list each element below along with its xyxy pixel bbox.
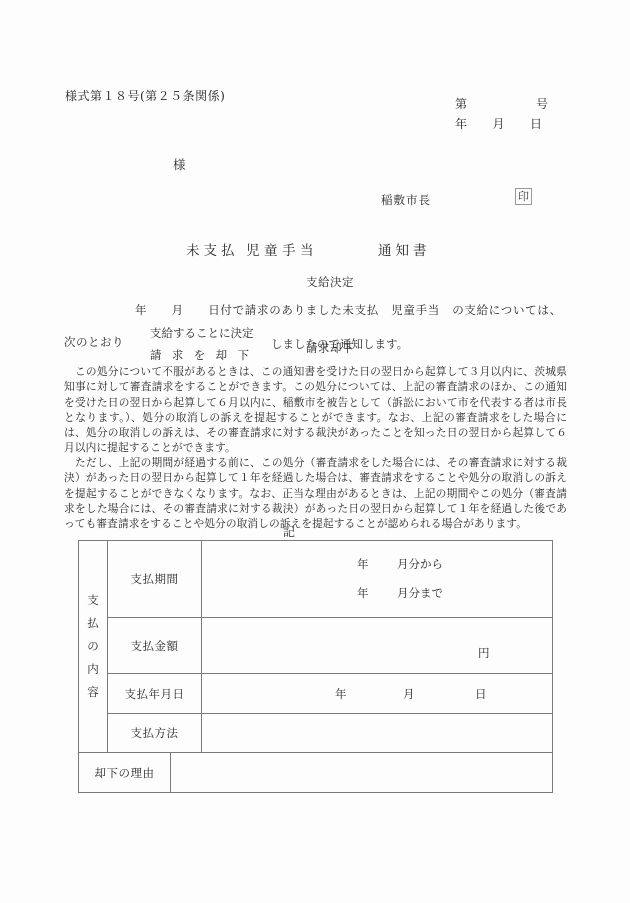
request-line: 年 月 日付で請求のありました未支払 児童手当 の支給については、 [135,302,562,318]
choice-char: 求 [172,347,184,363]
payment-date-label: 支払年月日 [108,673,202,713]
pay-day-label: 日 [475,686,487,702]
amount-unit: 円 [478,645,490,661]
rejection-reason-label: 却下の理由 [79,753,171,792]
pay-year-label: 年 [335,686,347,702]
appeal-paragraph: この処分について不服があるときは、この通知書を受けた日の翌日から起算して３月以内… [64,364,567,456]
choice-char: を [194,347,206,363]
title-part1: 未支払 [186,239,239,259]
vertical-header-char: の [87,635,99,658]
period-from-rest: 月分から [397,556,443,572]
period-to-year: 年 [357,585,369,601]
payment-amount-cell: 円 [202,617,552,673]
payment-period-label: 支払期間 [108,541,202,617]
payment-method-cell [202,713,552,752]
notice-document: 様式第１８号(第２５条関係) 第 号 年 月 日 様 稲敷市長 印 未支払 児童… [0,0,630,903]
payment-details-table: 支 払 の 内 容 支払期間 年 月分から 年 月分まで 支払金額 円 支払年月… [78,540,553,753]
payment-method-label: 支払方法 [108,713,202,752]
date-year-label: 年 [455,115,467,132]
note-heading: 記 [283,523,295,540]
payment-amount-label: 支払金額 [108,617,202,673]
deadline-paragraph: ただし、上記の期間が経過する前に、この処分（審査請求をした場合には、その審査請求… [64,455,567,531]
date-day-label: 日 [530,115,542,132]
period-from-year: 年 [357,556,369,572]
rejection-reason-box: 却下の理由 [78,752,553,793]
decision-prefix: 次のとおり [64,334,124,350]
title-choice-top: 支給決定 [306,271,354,293]
title-part3: 通知書 [378,239,431,259]
rejection-reason-cell [171,753,552,792]
choice-char: 請 [150,347,162,363]
issuer-name: 稲敷市長 [381,192,431,208]
addressee-suffix: 様 [173,155,186,173]
seal-mark: 印 [515,188,532,205]
payment-period-cell: 年 月分から 年 月分まで [202,541,552,617]
doc-number-suffix: 号 [536,95,548,112]
table-vertical-header: 支 払 の 内 容 [79,541,108,752]
date-month-label: 月 [492,115,504,132]
doc-number-prefix: 第 [455,95,467,112]
pay-month-label: 月 [403,686,415,702]
vertical-header-char: 払 [87,612,99,635]
vertical-header-char: 容 [87,681,99,704]
decision-choice-top: 支給することに決定 [150,325,254,341]
issue-date-line: 年 月 日 [455,115,542,132]
decision-choice-bottom: 請 求 を 却 下 [150,347,249,363]
decision-suffix: しましたので通知します。 [271,336,408,352]
vertical-header-char: 内 [87,658,99,681]
period-to-rest: 月分まで [397,585,443,601]
vertical-header-char: 支 [87,589,99,612]
payment-date-cell: 年 月 日 [202,673,552,713]
form-number-label: 様式第１８号(第２５条関係) [65,87,225,104]
doc-number-line: 第 号 [455,95,548,112]
choice-char: 下 [238,347,250,363]
choice-char: 却 [216,347,228,363]
